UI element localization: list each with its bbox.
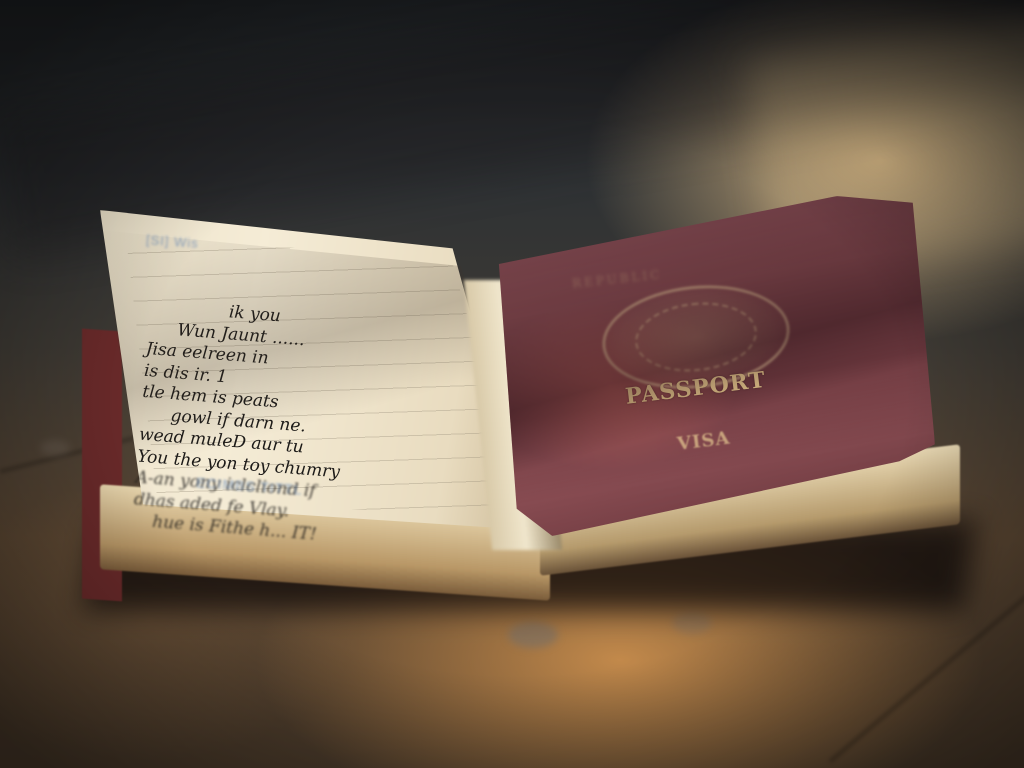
wood-knot <box>40 440 70 456</box>
photo-scene: [SI] Wis ik you Wun Jaunt ...... Jisa ee… <box>0 0 1024 768</box>
wood-knot <box>672 612 712 634</box>
wood-plank-seam <box>829 593 1024 762</box>
wood-knot <box>508 622 558 648</box>
